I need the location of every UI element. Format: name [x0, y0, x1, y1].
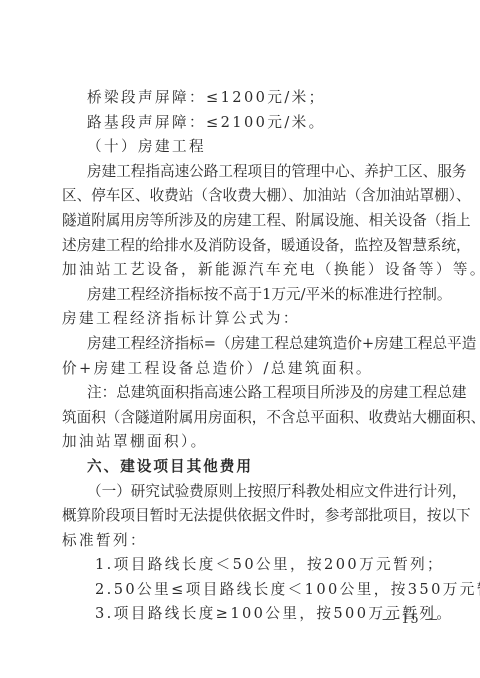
formula-line: 房建工程经济指标=（房建工程总建筑造价+房建工程总平造 — [62, 332, 422, 357]
page-number: — 15 — — [382, 612, 439, 627]
paragraph-line: 区、停车区、收费站（含收费大棚）、加油站（含加油站罩棚）、 — [62, 184, 422, 209]
document-page: 桥梁段声屏障：≤1200元/米； 路基段声屏障：≤2100元/米。 （十）房建工… — [62, 86, 422, 627]
paragraph-line: 概算阶段项目暂时无法提供依据文件时，参考部批项目，按以下 — [62, 504, 422, 529]
note-line: 加油站罩棚面积）。 — [62, 430, 422, 455]
note-line: 筑面积（含隧道附属用房面积，不含总平面积、收费站大棚面积、 — [62, 406, 422, 431]
list-item: 1.项目路线长度＜50公里，按200万元暂列； — [62, 553, 422, 578]
section-heading-other-costs: 六、建设项目其他费用 — [62, 455, 422, 480]
list-item: 2.50公里≤项目路线长度＜100公里，按350万元暂列； — [62, 578, 422, 603]
formula-line: 价+房建工程设备总造价）/总建筑面积。 — [62, 357, 422, 382]
section-heading-building-works: （十）房建工程 — [62, 135, 422, 160]
paragraph-line: 房建工程经济指标计算公式为： — [62, 307, 422, 332]
paragraph-line: 隧道附属用房等所涉及的房建工程、附属设施、相关设备（指上 — [62, 209, 422, 234]
paragraph-line: 房建工程指高速公路工程项目的管理中心、养护工区、服务 — [62, 160, 422, 185]
paragraph-line: （一）研究试验费原则上按照厅科教处相应文件进行计列， — [62, 480, 422, 505]
paragraph-line: 加油站工艺设备，新能源汽车充电（换能）设备等）等。 — [62, 258, 422, 283]
roadbed-noise-barrier-line: 路基段声屏障：≤2100元/米。 — [62, 111, 422, 136]
paragraph-line: 述房建工程的给排水及消防设备，暖通设备，监控及智慧系统， — [62, 234, 422, 259]
paragraph-line: 房建工程经济指标按不高于1万元/平米的标准进行控制。 — [62, 283, 422, 308]
list-item: 3.项目路线长度≥100公里，按500万元暂列。 — [62, 602, 422, 627]
note-line: 注：总建筑面积指高速公路工程项目所涉及的房建工程总建 — [62, 381, 422, 406]
paragraph-line: 标准暂列： — [62, 529, 422, 554]
bridge-noise-barrier-line: 桥梁段声屏障：≤1200元/米； — [62, 86, 422, 111]
